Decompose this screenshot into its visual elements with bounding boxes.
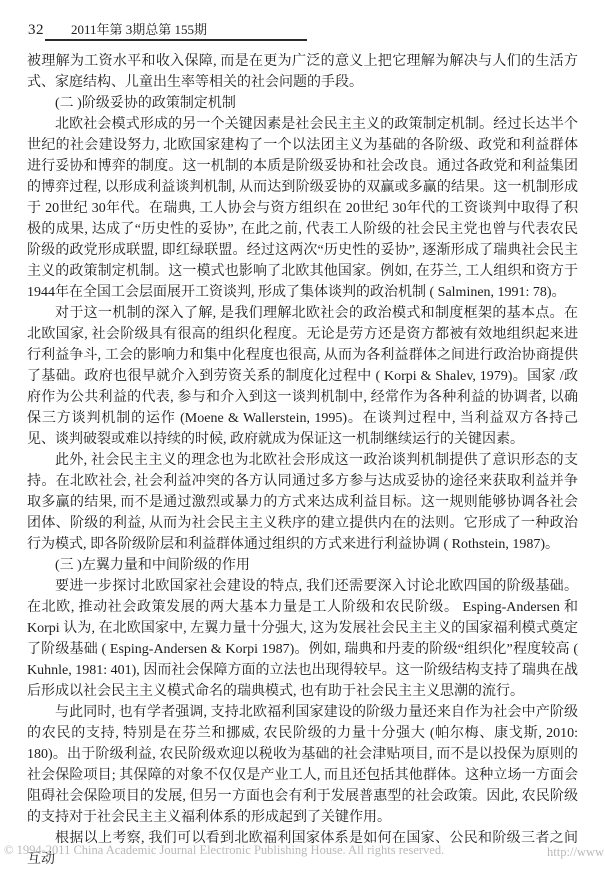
watermark-url: http://www xyxy=(547,844,604,860)
article-body: 被理解为工资水平和收入保障, 而是在更为广泛的意义上把它理解为解决与人们的生活方… xyxy=(27,51,578,870)
paragraph: 北欧社会模式形成的另一个关键因素是社会民主主义的政策制定机制。经过长达半个世纪的… xyxy=(27,114,578,303)
journal-issue-info: 2011年第 3期总第 155期 xyxy=(71,19,207,38)
header-rule xyxy=(45,39,307,41)
paragraph: 与此同时, 也有学者强调, 支持北欧福利国家建设的阶级力量还来自作为社会中产阶级… xyxy=(27,702,578,828)
watermark-copyright: © 1994-2011 China Academic Journal Elect… xyxy=(4,842,444,859)
paragraph: 此外, 社会民主主义的理念也为北欧社会形成这一政治谈判机制提供了意识形态的支持。… xyxy=(27,450,578,555)
page-number: 32 xyxy=(28,22,44,39)
section-heading-2: (二 )阶级妥协的政策制定机制 xyxy=(27,93,578,114)
paragraph-continuation: 被理解为工资水平和收入保障, 而是在更为广泛的意义上把它理解为解决与人们的生活方… xyxy=(27,51,578,93)
section-heading-3: (三 )左翼力量和中间阶级的作用 xyxy=(27,555,578,576)
watermark: © 1994-2011 China Academic Journal Elect… xyxy=(0,840,605,860)
page-header: 32 2011年第 3期总第 155期 xyxy=(28,19,207,39)
journal-page: 32 2011年第 3期总第 155期 被理解为工资水平和收入保障, 而是在更为… xyxy=(0,0,605,874)
paragraph: 对于这一机制的深入了解, 是我们理解北欧社会的政治模式和制度框架的基本点。在北欧… xyxy=(27,303,578,450)
paragraph: 要进一步探讨北欧国家社会建设的特点, 我们还需要深入讨论北欧四国的阶级基础。在北… xyxy=(27,576,578,702)
